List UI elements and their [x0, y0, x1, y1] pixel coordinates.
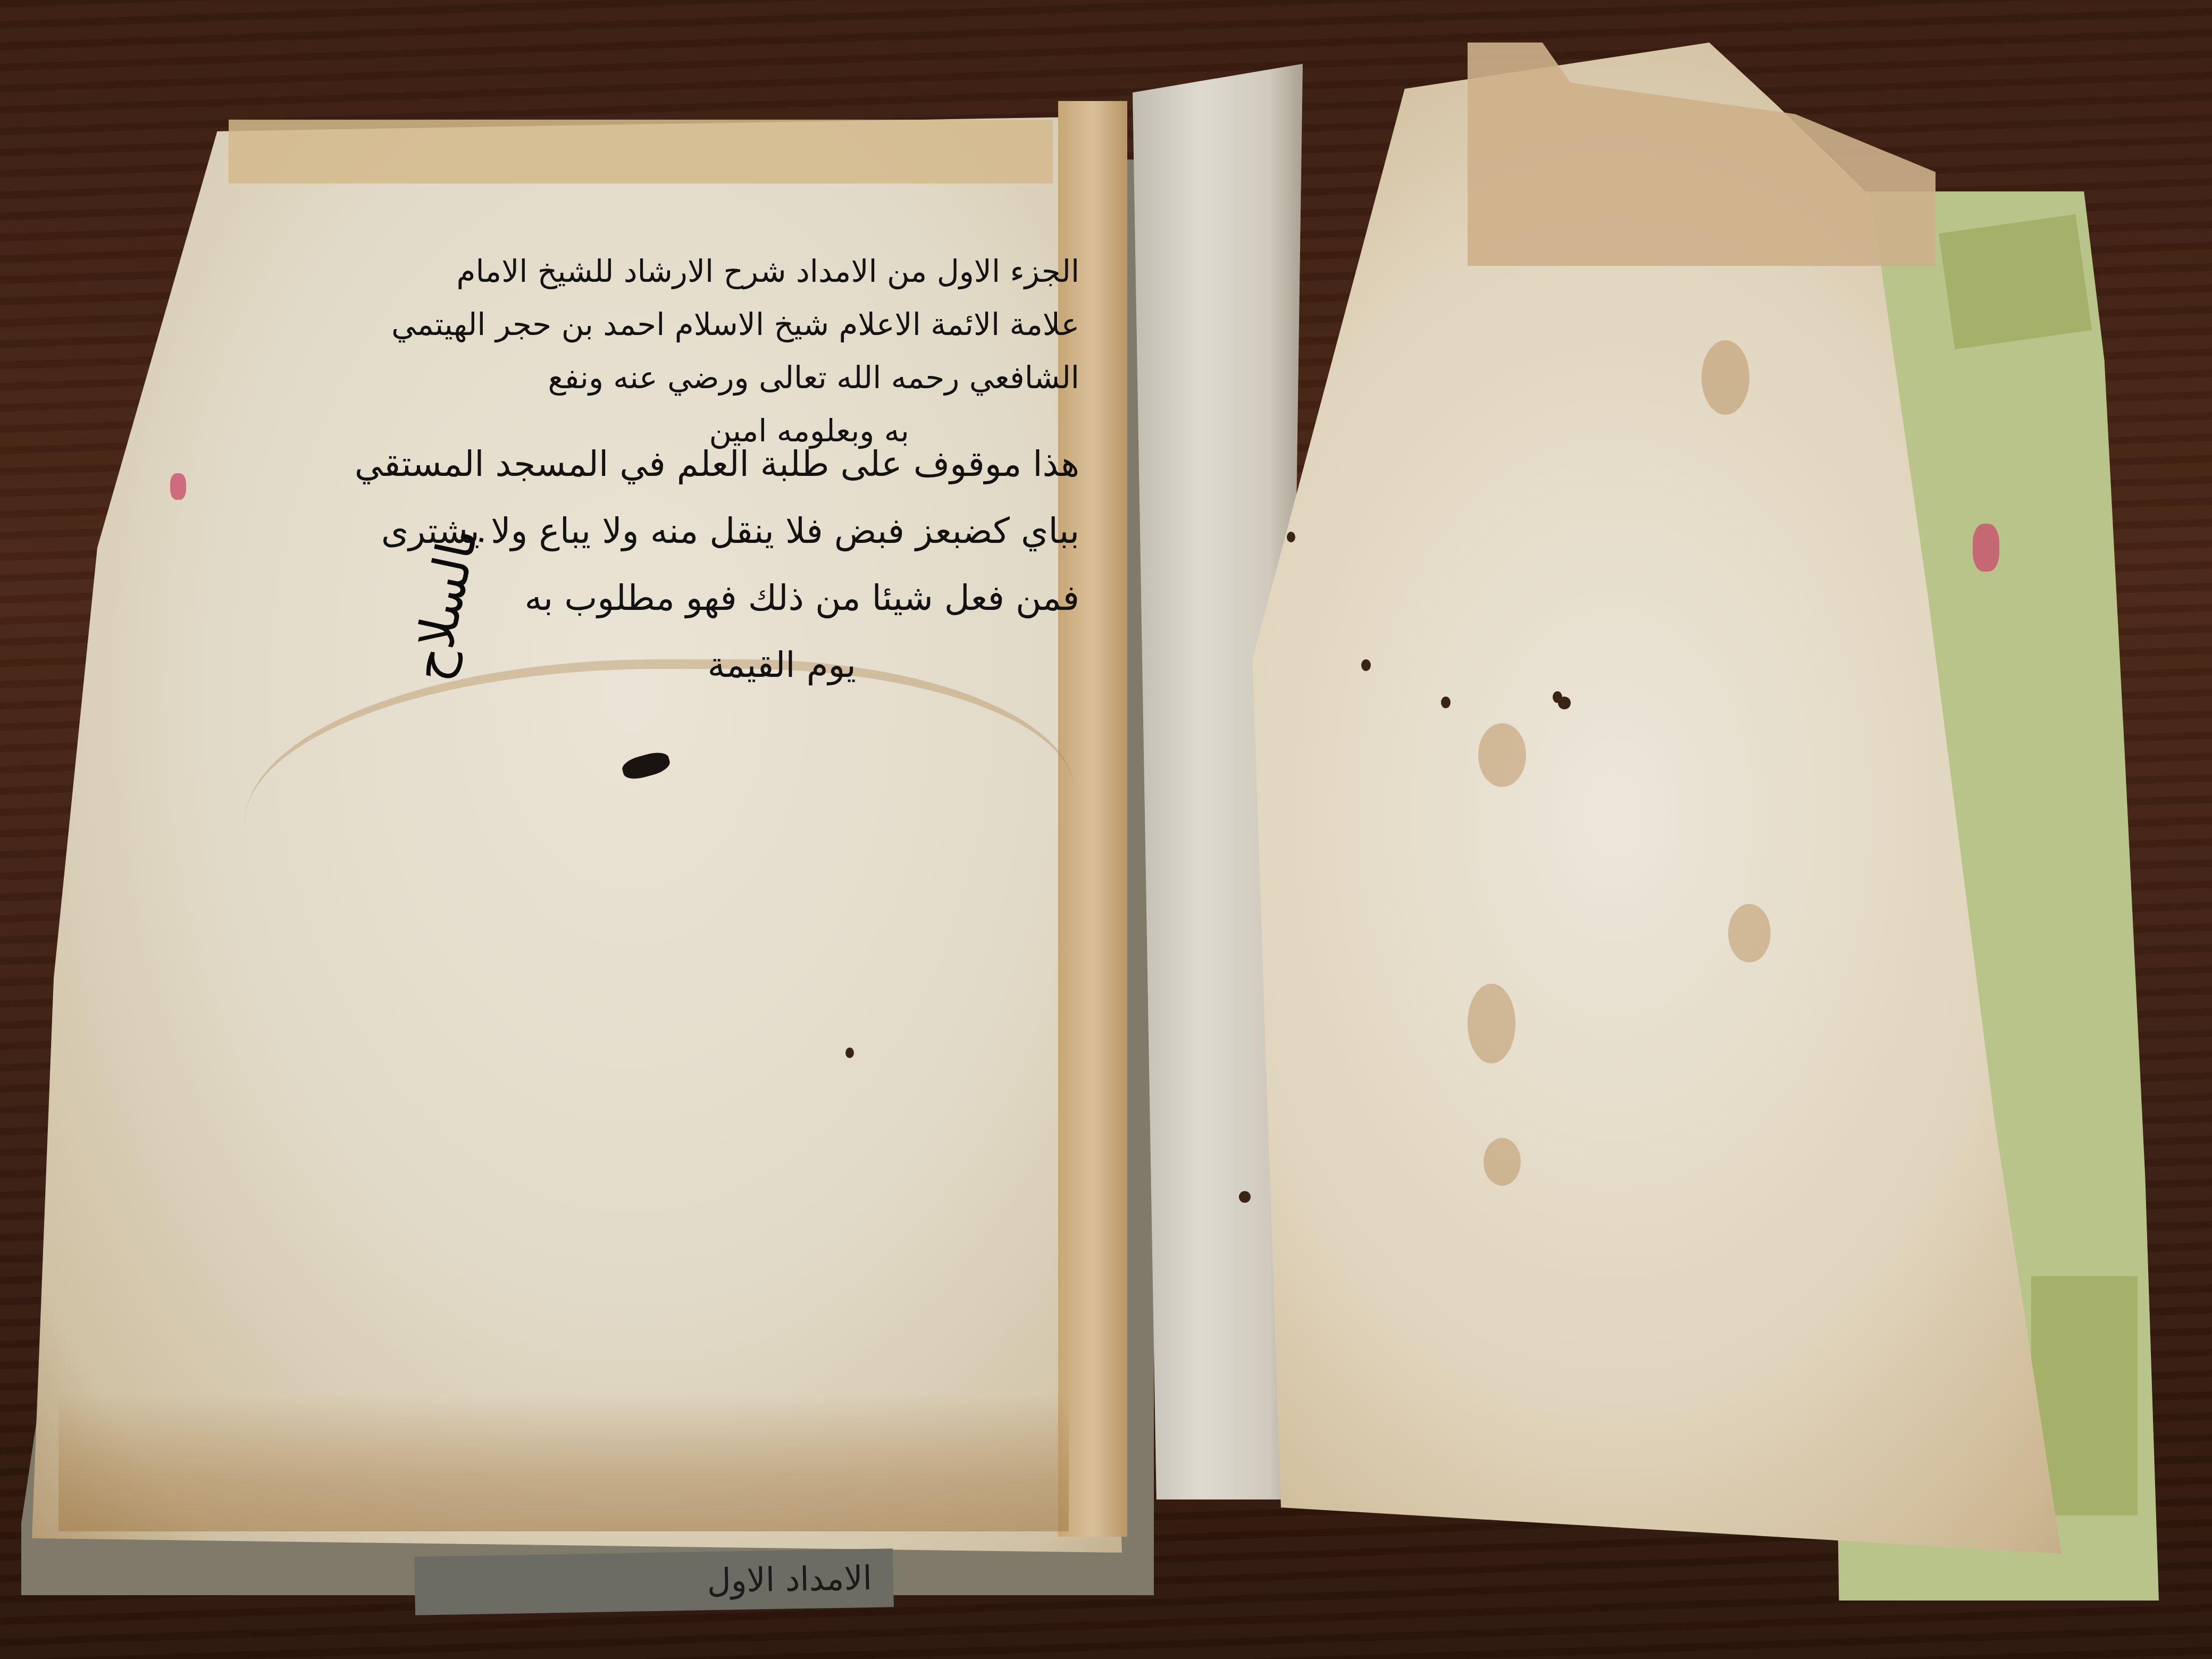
manuscript-title: الجزء الاول من الامداد شرح الارشاد للشيخ…: [479, 245, 1079, 457]
foxing-spot: [1702, 340, 1749, 415]
foxing-spot: [1728, 904, 1771, 962]
pink-mark: [1973, 524, 1999, 572]
waqf-line: يوم القيمة: [372, 632, 1079, 699]
left-page-repair-strip: [229, 120, 1053, 183]
title-line: الجزء الاول من الامداد شرح الارشاد للشيخ…: [479, 245, 1079, 298]
worm-hole: [1361, 659, 1371, 671]
waqf-line: هذا موقوف على طلبة العلم في المسجد المست…: [372, 431, 1079, 498]
worm-hole: [845, 1048, 854, 1058]
title-line: علامة الائمة الاعلام شيخ الاسلام احمد بن…: [479, 298, 1079, 351]
spine-label: الامداد الاول: [414, 1548, 894, 1615]
foxing-spot: [1468, 984, 1515, 1063]
worm-hole: [1287, 532, 1295, 542]
bottom-stain: [58, 1393, 1069, 1531]
foxing-spot: [1478, 723, 1526, 787]
worm-hole: [1239, 1191, 1251, 1203]
worm-hole: [1558, 697, 1571, 709]
foxing-spot: [1484, 1138, 1521, 1186]
worm-hole: [1441, 697, 1451, 708]
pink-mark: [170, 473, 186, 500]
tape-patch: [1939, 214, 2092, 349]
water-stain: [245, 659, 1074, 988]
title-line: الشافعي رحمه الله تعالى ورضي عنه ونفع: [479, 351, 1079, 404]
